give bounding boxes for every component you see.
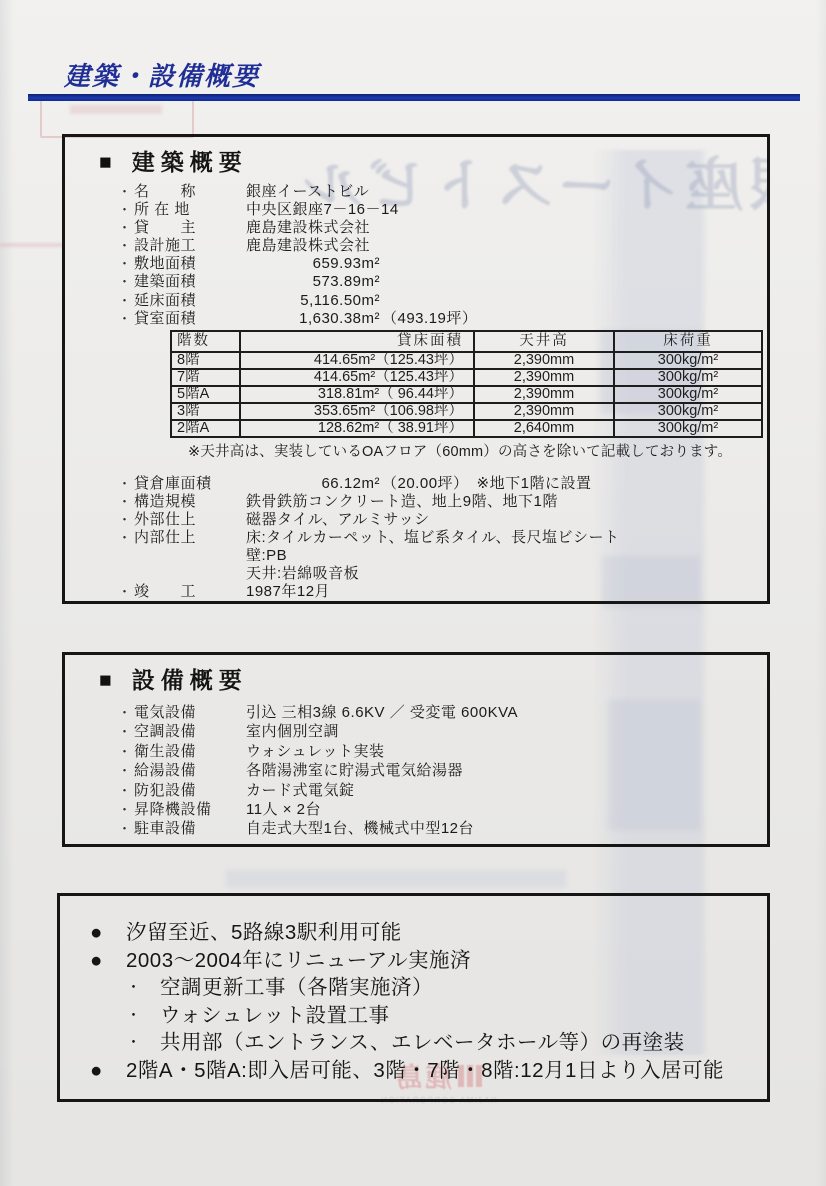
item-value: 1987年12月 — [246, 583, 330, 601]
bullet-icon: ・ — [118, 219, 134, 237]
building-heading-text: 建築概要 — [132, 149, 248, 175]
building-section-heading: ■ 建築概要 — [99, 149, 767, 175]
highlight-subitem: ・ 共用部（エントランス、エレベータホール等）の再塗装 — [126, 1029, 767, 1057]
list-item-hvac: ・ 空調設備 室内個別空調 — [118, 722, 767, 741]
building-overview-panel: ■ 建築概要 ・ 名 称 銀座イーストビル ・ 所 在 地 中央区銀座7－16－… — [62, 134, 770, 604]
item-number: 659.93m² — [246, 255, 380, 273]
list-item-interior-finish-cont: 壁:PB — [118, 547, 767, 565]
list-item-exterior-finish: ・ 外部仕上 磁器タイル、アルミサッシ — [118, 511, 767, 529]
list-item-name: ・ 名 称 銀座イーストビル — [118, 183, 767, 201]
list-item-warehouse-area: ・ 貸倉庫面積 66.12m²（20.00坪） ※地下1階に設置 — [118, 475, 767, 493]
cell-floor: 2階A — [171, 420, 240, 437]
bullet-icon: ・ — [118, 703, 134, 722]
cell-load: 300kg/m² — [614, 403, 762, 420]
table-row: 8階 414.65m²（125.43坪） 2,390mm 300kg/m² — [171, 352, 762, 369]
bullet-icon: ・ — [118, 819, 134, 838]
bullet-icon: ・ — [118, 237, 134, 255]
item-number: 66.12m² — [246, 475, 380, 493]
item-label: 電気設備 — [134, 703, 246, 722]
highlight-subitem: ・ 空調更新工事（各階実施済） — [126, 974, 767, 1002]
item-label: 空調設備 — [134, 722, 246, 741]
bullet-icon: ・ — [126, 1029, 160, 1057]
item-value: ウォシュレット実装 — [246, 742, 384, 761]
page-title: 建築・設備概要 — [64, 56, 260, 93]
list-item-parking: ・ 駐車設備 自走式大型1台、機械式中型12台 — [118, 819, 767, 838]
item-value: 壁:PB — [246, 547, 287, 565]
square-bullet-icon: ■ — [99, 152, 112, 173]
disc-bullet-icon: ● — [90, 1057, 126, 1085]
item-suffix: （20.00坪） ※地下1階に設置 — [382, 475, 591, 492]
item-value: 鹿島建設株式会社 — [246, 237, 370, 255]
item-number: 5,116.50m² — [246, 292, 380, 310]
highlight-text: 共用部（エントランス、エレベータホール等）の再塗装 — [160, 1029, 685, 1057]
list-item-lessor: ・ 貸 主 鹿島建設株式会社 — [118, 219, 767, 237]
bullet-icon: ・ — [118, 761, 134, 780]
cell-ceiling: 2,390mm — [474, 403, 614, 420]
col-header-ceiling-height: 天井高 — [474, 331, 614, 352]
square-bullet-icon: ■ — [99, 670, 112, 691]
item-value: 中央区銀座7－16－14 — [246, 201, 399, 219]
list-item-completion: ・ 竣 工 1987年12月 — [118, 583, 767, 601]
list-item-design-build: ・ 設計施工 鹿島建設株式会社 — [118, 237, 767, 255]
bullet-icon: ・ — [118, 583, 134, 601]
facilities-heading-text: 設備概要 — [132, 667, 248, 693]
item-label: 内部仕上 — [134, 529, 246, 547]
cell-area: 353.65m²（106.98坪） — [240, 403, 474, 420]
list-item-building-area: ・ 建築面積 573.89m² — [118, 273, 767, 291]
bullet-icon: ・ — [118, 800, 134, 819]
bullet-icon: ・ — [118, 781, 134, 800]
col-header-rentable-floor-area: 貸床面積 — [240, 331, 474, 352]
item-label: 所 在 地 — [134, 201, 246, 219]
bullet-icon: ・ — [118, 183, 134, 201]
cell-ceiling: 2,390mm — [474, 369, 614, 386]
highlight-text: 2003～2004年にリニューアル実施済 — [126, 947, 471, 975]
list-item-address: ・ 所 在 地 中央区銀座7－16－14 — [118, 201, 767, 219]
bullet-icon: ・ — [118, 201, 134, 219]
highlights-panel: ● 汐留至近、5路線3駅利用可能 ● 2003～2004年にリニューアル実施済 … — [57, 893, 770, 1102]
bullet-icon: ・ — [118, 722, 134, 741]
bullet-icon: ・ — [118, 475, 134, 493]
cell-ceiling: 2,390mm — [474, 352, 614, 369]
bullet-icon: ・ — [118, 292, 134, 310]
item-label: 延床面積 — [134, 292, 246, 310]
item-value: 鹿島建設株式会社 — [246, 219, 370, 237]
item-value: 銀座イーストビル — [246, 183, 369, 201]
table-row: 7階 414.65m²（125.43坪） 2,390mm 300kg/m² — [171, 369, 762, 386]
disc-bullet-icon: ● — [90, 947, 126, 975]
cell-floor: 7階 — [171, 369, 240, 386]
list-item-interior-finish: ・ 内部仕上 床:タイルカーペット、塩ビ系タイル、長尺塩ビシート — [118, 529, 767, 547]
building-bottom-list: ・ 貸倉庫面積 66.12m²（20.00坪） ※地下1階に設置 ・ 構造規模 … — [118, 475, 767, 602]
item-label: 建築面積 — [134, 273, 246, 291]
item-value: 天井:岩綿吸音板 — [246, 565, 359, 583]
item-label: 名 称 — [134, 183, 246, 201]
item-label: 防犯設備 — [134, 781, 246, 800]
table-row: 5階A 318.81m²（ 96.44坪） 2,390mm 300kg/m² — [171, 386, 762, 403]
bullet-icon: ・ — [118, 273, 134, 291]
facilities-overview-panel: ■ 設備概要 ・ 電気設備 引込 三相3線 6.6KV ／ 受変電 600KVA… — [62, 652, 770, 847]
highlight-item: ● 2003～2004年にリニューアル実施済 — [90, 947, 767, 975]
item-value: 鉄骨鉄筋コンクリート造、地上9階、地下1階 — [246, 493, 558, 511]
item-label: 外部仕上 — [134, 511, 246, 529]
item-label: 駐車設備 — [134, 819, 246, 838]
bullet-icon: ・ — [126, 1002, 160, 1030]
table-row: 2階A 128.62m²（ 38.91坪） 2,640mm 300kg/m² — [171, 420, 762, 437]
highlight-subitem: ・ ウォシュレット設置工事 — [126, 1002, 767, 1030]
item-label: 貸倉庫面積 — [134, 475, 246, 493]
highlight-item: ● 2階A・5階A:即入居可能、3階・7階・8階:12月1日より入居可能 — [90, 1057, 767, 1085]
facilities-section-heading: ■ 設備概要 — [99, 667, 767, 693]
item-suffix: （493.19坪） — [382, 310, 477, 327]
table-header-row: 階数 貸床面積 天井高 床荷重 — [171, 331, 762, 352]
title-rule — [28, 94, 800, 101]
facilities-list: ・ 電気設備 引込 三相3線 6.6KV ／ 受変電 600KVA ・ 空調設備… — [118, 703, 767, 839]
highlight-text: 空調更新工事（各階実施済） — [160, 974, 433, 1002]
item-number: 1,630.38m² — [246, 310, 380, 328]
cell-area: 318.81m²（ 96.44坪） — [240, 386, 474, 403]
table-row: 3階 353.65m²（106.98坪） 2,390mm 300kg/m² — [171, 403, 762, 420]
cell-load: 300kg/m² — [614, 420, 762, 437]
bullet-icon: ・ — [118, 742, 134, 761]
cell-area: 414.65m²（125.43坪） — [240, 352, 474, 369]
list-item-interior-finish-cont: 天井:岩綿吸音板 — [118, 565, 767, 583]
list-item-hot-water: ・ 給湯設備 各階湯沸室に貯湯式電気給湯器 — [118, 761, 767, 780]
item-value: カード式電気錠 — [246, 781, 355, 800]
list-item-structure: ・ 構造規模 鉄骨鉄筋コンクリート造、地上9階、地下1階 — [118, 493, 767, 511]
printed-content: 建築・設備概要 ■ 建築概要 ・ 名 称 銀座イーストビル ・ 所 在 地 中央… — [0, 0, 826, 1186]
cell-ceiling: 2,390mm — [474, 386, 614, 403]
bullet-icon: ・ — [118, 310, 134, 328]
item-value: 室内個別空調 — [246, 722, 339, 741]
cell-load: 300kg/m² — [614, 369, 762, 386]
item-value: 磁器タイル、アルミサッシ — [246, 511, 430, 529]
item-value: 引込 三相3線 6.6KV ／ 受変電 600KVA — [246, 703, 518, 722]
table-note: ※天井高は、実装しているOAフロア（60mm）の高さを除いて記載しております。 — [188, 440, 767, 461]
bullet-icon: ・ — [126, 974, 160, 1002]
list-item-site-area: ・ 敷地面積 659.93m² — [118, 255, 767, 273]
list-item-rentable-area: ・ 貸室面積 1,630.38m²（493.19坪） — [118, 310, 767, 328]
scanned-page: 銀座イーストビル 鹿島 KAJIMA CORPORATION 建築・設備概要 ■… — [0, 0, 826, 1186]
cell-load: 300kg/m² — [614, 386, 762, 403]
highlight-text: 2階A・5階A:即入居可能、3階・7階・8階:12月1日より入居可能 — [126, 1057, 724, 1085]
cell-floor: 3階 — [171, 403, 240, 420]
item-label: 給湯設備 — [134, 761, 246, 780]
cell-load: 300kg/m² — [614, 352, 762, 369]
item-label: 敷地面積 — [134, 255, 246, 273]
list-item-security: ・ 防犯設備 カード式電気錠 — [118, 781, 767, 800]
disc-bullet-icon: ● — [90, 919, 126, 947]
highlight-text: 汐留至近、5路線3駅利用可能 — [126, 919, 402, 947]
item-label: 貸 主 — [134, 219, 246, 237]
cell-floor: 8階 — [171, 352, 240, 369]
item-label: 設計施工 — [134, 237, 246, 255]
highlights-list: ● 汐留至近、5路線3駅利用可能 ● 2003～2004年にリニューアル実施済 … — [90, 919, 767, 1085]
item-value: 自走式大型1台、機械式中型12台 — [246, 819, 474, 838]
bullet-icon: ・ — [118, 255, 134, 273]
item-label: 竣 工 — [134, 583, 246, 601]
highlight-text: ウォシュレット設置工事 — [160, 1002, 390, 1030]
bullet-icon: ・ — [118, 511, 134, 529]
list-item-total-floor-area: ・ 延床面積 5,116.50m² — [118, 292, 767, 310]
cell-area: 128.62m²（ 38.91坪） — [240, 420, 474, 437]
item-number: 573.89m² — [246, 273, 380, 291]
floors-table: 階数 貸床面積 天井高 床荷重 8階 414.65m²（125.43坪） 2,3… — [170, 330, 763, 438]
item-label: 昇降機設備 — [134, 800, 246, 819]
cell-floor: 5階A — [171, 386, 240, 403]
item-value: 各階湯沸室に貯湯式電気給湯器 — [246, 761, 463, 780]
building-top-list: ・ 名 称 銀座イーストビル ・ 所 在 地 中央区銀座7－16－14 ・ 貸 … — [118, 183, 767, 328]
bullet-icon: ・ — [118, 529, 134, 547]
cell-ceiling: 2,640mm — [474, 420, 614, 437]
cell-area: 414.65m²（125.43坪） — [240, 369, 474, 386]
item-value: 床:タイルカーペット、塩ビ系タイル、長尺塩ビシート — [246, 529, 620, 547]
list-item-electrical: ・ 電気設備 引込 三相3線 6.6KV ／ 受変電 600KVA — [118, 703, 767, 722]
bullet-icon: ・ — [118, 493, 134, 511]
item-label: 貸室面積 — [134, 310, 246, 328]
col-header-floor: 階数 — [171, 331, 240, 352]
col-header-floor-load: 床荷重 — [614, 331, 762, 352]
highlight-item: ● 汐留至近、5路線3駅利用可能 — [90, 919, 767, 947]
item-value: 11人 × 2台 — [246, 800, 321, 819]
item-label: 構造規模 — [134, 493, 246, 511]
list-item-sanitary: ・ 衛生設備 ウォシュレット実装 — [118, 742, 767, 761]
item-label: 衛生設備 — [134, 742, 246, 761]
list-item-elevators: ・ 昇降機設備 11人 × 2台 — [118, 800, 767, 819]
